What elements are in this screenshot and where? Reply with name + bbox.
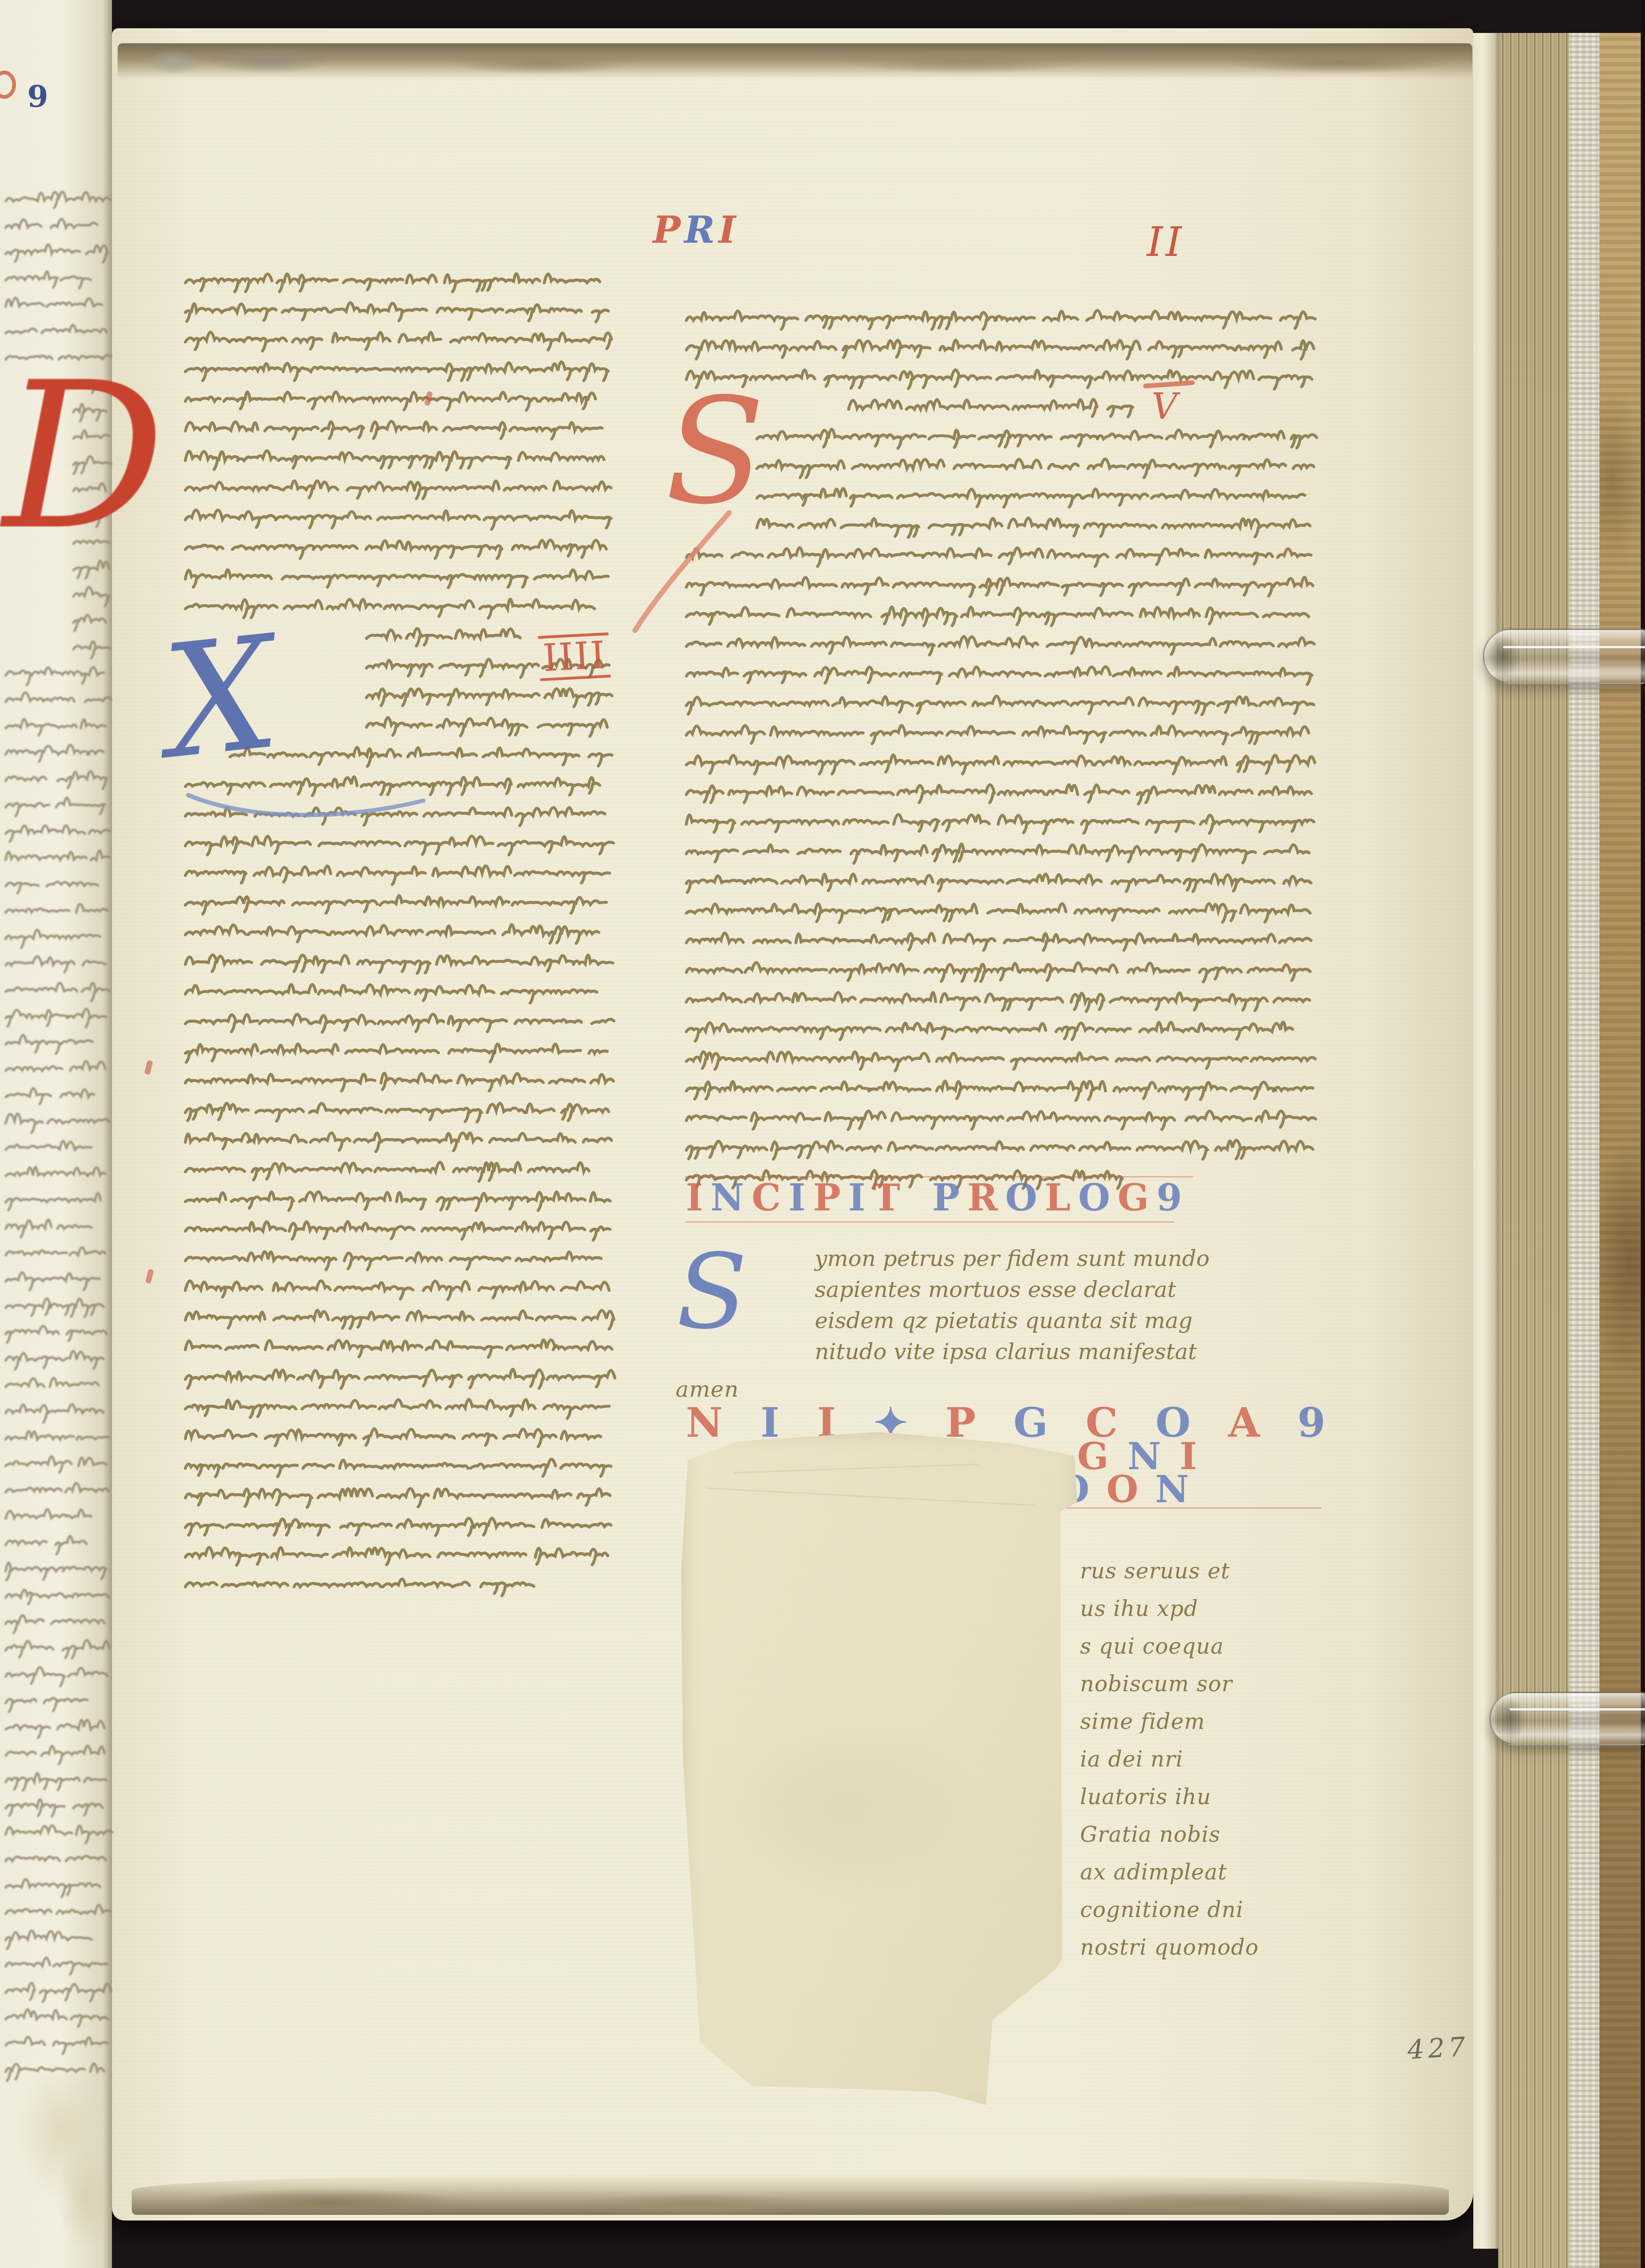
script-line (183, 266, 609, 294)
script-line (4, 1554, 105, 1583)
script-line (684, 807, 1310, 836)
running-title: PRI (653, 201, 739, 250)
script-line (4, 1897, 105, 1925)
script-line (183, 325, 609, 353)
script-line (4, 1607, 105, 1635)
script-line (183, 1511, 609, 1539)
script-line (183, 1214, 609, 1242)
script-line (183, 1362, 609, 1391)
decorated-letter: P (653, 212, 684, 249)
script-line (4, 1317, 105, 1345)
script-line (365, 621, 522, 650)
binding-cover-edge (1599, 33, 1643, 2268)
script-line (183, 1540, 609, 1568)
script-line (684, 363, 1310, 391)
script-line (183, 562, 609, 590)
script-line (183, 1392, 609, 1420)
decorated-letter: T (873, 1180, 908, 1217)
decorated-letter: 9 (1156, 1180, 1189, 1217)
script-line (684, 718, 1310, 747)
script-line (4, 1212, 105, 1240)
prologue-line: sapientes mortuos esse declarat (815, 1277, 1342, 1308)
script-line (4, 659, 105, 687)
book-weight-rod-lower (1489, 1692, 1645, 1745)
script-line (4, 1001, 105, 1029)
script-line (183, 947, 609, 976)
folio-number: 427 (1407, 2032, 1470, 2066)
script-line (4, 1633, 105, 1662)
script-line (183, 414, 609, 442)
fragment-line: rus seruus et (1080, 1558, 1325, 1596)
decorated-capitals-row1: NII✦PGCOA9 (686, 1403, 1326, 1443)
script-line (183, 1185, 609, 1213)
decorated-initial-X: X (158, 615, 284, 781)
book-weight-rod-upper (1483, 629, 1645, 684)
script-line (684, 1133, 1310, 1162)
page-fore-edge (1473, 33, 1498, 2249)
script-line (183, 444, 609, 472)
script-line (183, 1244, 609, 1272)
fragment-line: us ihu xpd (1080, 1596, 1325, 1633)
script-line (684, 837, 1310, 865)
script-line (183, 977, 609, 1005)
decorated-initial-S-blue: S (676, 1240, 747, 1344)
script-line (72, 632, 106, 661)
decorated-letter: G (1013, 1403, 1048, 1443)
script-line (228, 740, 609, 768)
script-line (684, 541, 1310, 569)
script-line (4, 869, 105, 898)
script-line (4, 2029, 105, 2057)
decorated-letter: C (752, 1180, 788, 1217)
script-line (4, 738, 105, 766)
decorated-letter: I (761, 1403, 779, 1443)
prologue-line: nitudo vite ipsa clarius manifestat (815, 1339, 1342, 1370)
script-line (4, 263, 105, 292)
script-line (4, 685, 105, 713)
script-line (4, 711, 105, 740)
script-line (183, 1007, 609, 1035)
script-line (684, 1044, 1310, 1073)
script-line (4, 184, 105, 213)
script-line (4, 1027, 105, 1056)
script-line (4, 817, 105, 845)
decorated-letter: N (711, 1180, 752, 1217)
script-line (4, 1080, 105, 1108)
script-line (4, 1818, 105, 1846)
script-line (183, 503, 609, 531)
woven-spine-band (1569, 33, 1599, 2268)
script-line (4, 1475, 105, 1504)
decorated-letter: I (718, 212, 739, 249)
script-line (755, 452, 1310, 480)
visible-line-fragments: rus seruus etus ihu xpds qui coequanobis… (1080, 1558, 1325, 1972)
script-line (755, 481, 1310, 509)
script-line (4, 1765, 105, 1793)
text-block-page-stack (1498, 33, 1569, 2268)
script-line (4, 1133, 105, 1161)
script-line (684, 600, 1310, 628)
decorated-initial-S-red: S (665, 379, 765, 525)
script-line (4, 1950, 105, 1978)
fragment-line: Gratia nobis (1080, 1822, 1325, 1859)
script-line (4, 1844, 105, 1872)
fragment-line: luatoris ihu (1080, 1784, 1325, 1822)
script-line (4, 1396, 105, 1424)
script-line (183, 473, 609, 501)
rod-glint (1503, 646, 1645, 648)
script-line (183, 1155, 609, 1183)
decorated-letter: G (1118, 1180, 1157, 1217)
script-line (4, 1712, 105, 1741)
red-ruling-line (685, 1221, 1174, 1223)
script-line (183, 1481, 609, 1509)
script-line (4, 1423, 105, 1451)
chapter-number-IIII: IIII (538, 632, 611, 681)
rod-glint (1510, 1708, 1645, 1711)
script-line (365, 710, 609, 739)
fragment-line: ia dei nri (1080, 1746, 1325, 1784)
decorated-letter: P (932, 1180, 968, 1217)
script-line (684, 926, 1310, 954)
script-line (183, 1451, 609, 1480)
script-line (4, 1870, 105, 1899)
rod-tip (1494, 1697, 1526, 1740)
script-line (4, 1739, 105, 1767)
script-line (4, 1106, 105, 1135)
script-line (183, 1333, 609, 1361)
script-line (4, 237, 105, 265)
decorated-letter: P (945, 1403, 976, 1443)
script-line (4, 922, 105, 950)
script-line (684, 570, 1310, 598)
previous-leaf-quire-mark: 9 (27, 79, 48, 114)
red-ruling-line (1058, 1507, 1322, 1509)
script-line (4, 1159, 105, 1187)
fragment-line: nostri quomodo (1080, 1934, 1325, 1972)
script-line (4, 896, 105, 924)
script-line (183, 1036, 609, 1065)
script-line (684, 985, 1310, 1013)
script-line (183, 355, 609, 383)
decorated-letter: I (848, 1180, 873, 1217)
script-line (684, 659, 1310, 687)
fragment-line: sime fidem (1080, 1709, 1325, 1746)
decorated-capitals-row3: OON (1057, 1472, 1206, 1508)
chapter-number-V: V (1152, 389, 1177, 424)
script-line (183, 918, 609, 946)
script-line (4, 1291, 105, 1319)
decorated-letter: R (967, 1180, 1005, 1217)
decorated-letter: 9 (1297, 1403, 1326, 1443)
script-line (183, 1066, 609, 1094)
script-line (4, 790, 105, 819)
script-line (684, 778, 1310, 806)
script-line (4, 1581, 105, 1609)
script-line (684, 867, 1310, 895)
script-line (183, 888, 609, 916)
manuscript-photo: { "book": { "running_title": { "letters"… (0, 0, 1645, 2268)
script-line (72, 606, 106, 634)
parchment-stain (56, 2145, 113, 2249)
script-line (4, 1370, 105, 1398)
decorated-letter: L (1045, 1180, 1078, 1217)
script-line (4, 1238, 105, 1266)
background-gap (1641, 0, 1645, 2268)
script-line (4, 975, 105, 1003)
script-line (72, 580, 106, 608)
prologue-amen: amen (675, 1377, 739, 1402)
prologue-line: eisdem qz pietatis quanta sit mag (815, 1308, 1342, 1339)
script-line (684, 689, 1310, 717)
script-line (183, 384, 609, 413)
script-line (4, 948, 105, 977)
script-line (183, 1570, 550, 1598)
script-line (183, 859, 609, 887)
script-line (4, 1344, 105, 1372)
prologue-text-block: ymon petrus per fidem sunt mundosapiente… (815, 1246, 1342, 1370)
rod-tip (1487, 634, 1520, 679)
decorated-letter: A (1228, 1403, 1260, 1443)
previous-leaf-initial-D: D (3, 356, 165, 558)
script-line (4, 1528, 105, 1556)
script-line (4, 1976, 105, 2004)
decorated-letter: O (1078, 1180, 1118, 1217)
script-line (183, 295, 609, 324)
script-line (847, 392, 1134, 421)
script-line (4, 1923, 105, 1951)
script-line (4, 2002, 105, 2030)
script-line (4, 843, 105, 871)
script-line (4, 290, 105, 318)
page-top-edge-soiling (118, 43, 1472, 79)
script-line (183, 1125, 609, 1154)
script-line (183, 829, 609, 857)
prologue-line: ymon petrus per fidem sunt mundo (815, 1246, 1342, 1277)
fragment-line: ax adimpleat (1080, 1859, 1325, 1897)
initial-x-swash (179, 776, 442, 833)
script-line (4, 1660, 105, 1688)
decorated-letter: P (813, 1180, 848, 1217)
rubric-incipit-prologus: INCIPITPROLOG9 (686, 1180, 1190, 1217)
initial-s-tail (626, 508, 748, 640)
decorated-letter: N (1155, 1472, 1206, 1508)
decorated-letter: I (788, 1180, 813, 1217)
script-line (365, 681, 609, 709)
fragment-line: cognitione dni (1080, 1897, 1325, 1934)
decorated-letter: R (684, 212, 719, 249)
script-line (4, 1449, 105, 1477)
script-line (755, 511, 1310, 539)
script-line (183, 1303, 609, 1331)
script-line (684, 896, 1310, 924)
script-line (684, 1074, 1310, 1102)
script-line (4, 764, 105, 792)
script-line (4, 1265, 105, 1293)
script-line (4, 1054, 105, 1082)
script-line (4, 1502, 105, 1530)
script-line (183, 1273, 609, 1302)
page-number-roman: II (1147, 222, 1184, 263)
script-line (755, 422, 1310, 450)
script-line (684, 748, 1310, 776)
script-line (183, 1096, 609, 1124)
decorated-letter: N (686, 1403, 723, 1443)
script-line (684, 955, 1310, 984)
fragment-line: s qui coequa (1080, 1633, 1325, 1671)
script-line (684, 333, 1310, 361)
script-line (4, 211, 105, 239)
decorated-letter: I (686, 1180, 711, 1217)
script-line (684, 1104, 1310, 1132)
script-line (4, 1186, 105, 1214)
script-line (183, 1422, 609, 1450)
decorated-letter: O (1106, 1472, 1155, 1508)
script-line (684, 629, 1310, 658)
script-line (684, 303, 1310, 332)
script-line (4, 1791, 105, 1820)
book-photo-scene: PRI II IIII V X S S INCIPITPROLOG9 NII✦P… (0, 0, 1645, 2268)
page-bottom-edge-soiling (132, 2174, 1449, 2215)
script-line (4, 1686, 105, 1714)
fragment-line: nobiscum sor (1080, 1671, 1325, 1709)
script-line (684, 1015, 1310, 1043)
decorated-letter: O (1005, 1180, 1045, 1217)
script-line (183, 533, 609, 561)
